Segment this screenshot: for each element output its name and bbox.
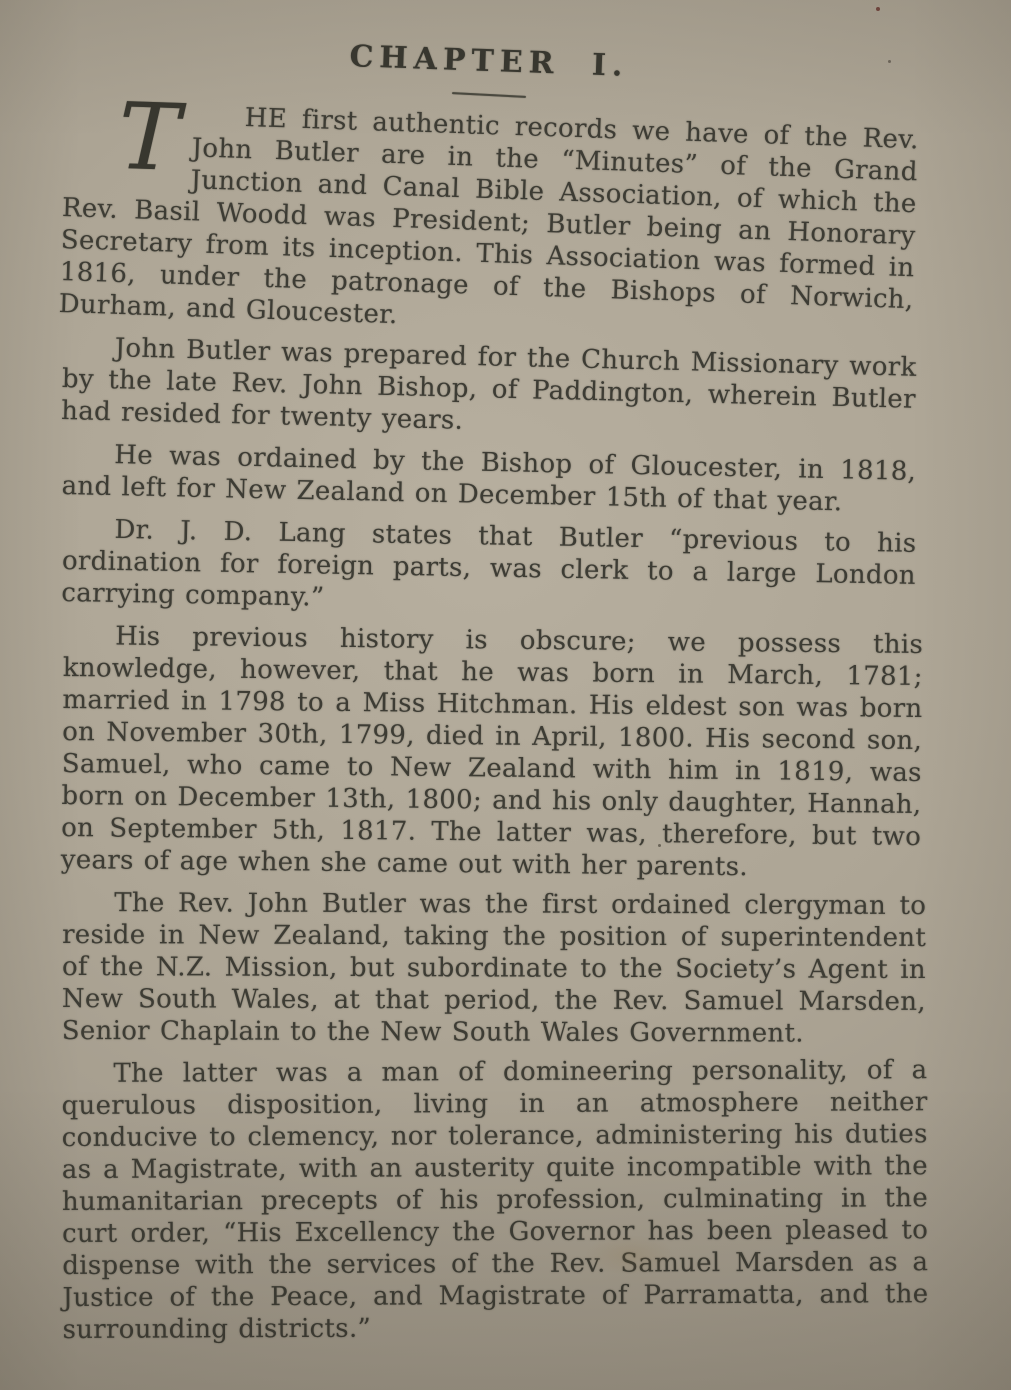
body-paragraph: Dr. J. D. Lang states that Butler “previ…: [61, 513, 917, 624]
scanned-book-page: CHAPTER I. THE first authentic records w…: [0, 0, 1011, 1390]
page-content: CHAPTER I. THE first authentic records w…: [62, 44, 916, 1357]
paper-speck: [876, 7, 880, 11]
body-paragraph: The Rev. John Butler was the first ordai…: [62, 887, 927, 1050]
body-paragraph: John Butler was prepared for the Church …: [61, 331, 917, 448]
body-text: THE first authentic records we have of t…: [62, 96, 916, 1346]
body-paragraph: He was ordained by the Bishop of Glouces…: [61, 438, 916, 520]
chapter-title: CHAPTER I.: [62, 29, 917, 94]
drop-cap-letter: T: [63, 96, 193, 170]
body-paragraph: The latter was a man of domineering pers…: [61, 1054, 928, 1346]
body-paragraph: THE first authentic records we have of t…: [58, 96, 919, 348]
body-paragraph: His previous history is obscure; we poss…: [61, 620, 924, 885]
